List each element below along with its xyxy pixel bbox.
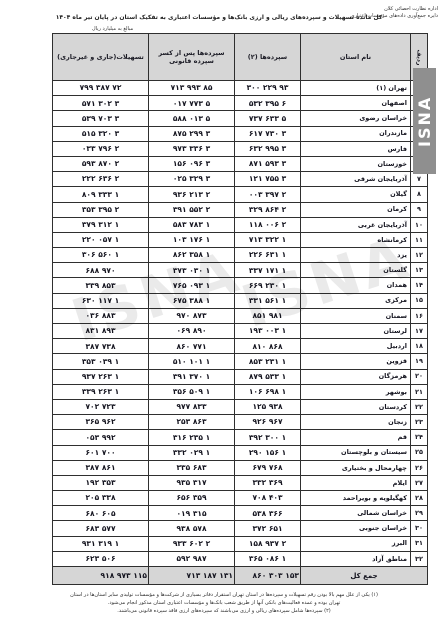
province-name-cell: اردبیل xyxy=(301,339,411,354)
table-row: ۲۱بوشهر۱ ۶۹۸ ۱۰۶۱ ۵۰۹ ۳۵۶۱ ۲۶۳ ۳۳۹ xyxy=(53,384,428,399)
deposits-after-legal-cell: ۱ ۰۳۰ ۳۷۳ xyxy=(149,263,235,278)
facilities-cell: ۲ ۶۳۶ ۲۲۲ xyxy=(53,172,149,187)
facilities-cell: ۳ ۳۰۲ ۵۷۱ xyxy=(53,96,149,111)
header-deposits: سپرده‌ها (۲) xyxy=(235,34,301,81)
deposits-after-legal-cell: ۲ ۶۰۲ ۹۳۳ xyxy=(149,536,235,551)
table-row: ۶خوزستان۳ ۵۹۳ ۸۷۱۳ ۰۹۶ ۱۵۶۲ ۸۷۰ ۵۹۳ xyxy=(53,156,428,171)
facilities-cell: ۷۲۳ ۷۰۲ xyxy=(53,399,149,414)
province-name-cell: قزوین xyxy=(301,354,411,369)
row-number-cell: ۲۴ xyxy=(411,430,428,445)
deposits-cell: ۱ ۱۷۱ ۳۳۷ xyxy=(235,263,301,278)
province-name-cell: قم xyxy=(301,430,411,445)
deposits-cell: ۱ ۰۸۶ ۳۶۵ xyxy=(235,551,301,566)
facilities-cell: ۳ ۷۰۳ ۵۳۹ xyxy=(53,111,149,126)
deposits-cell: ۹۸۱ ۸۵۱ xyxy=(235,308,301,323)
deposits-after-legal-cell: ۱ ۵۰۹ ۳۵۶ xyxy=(149,384,235,399)
header-row-number-label: ردیف xyxy=(416,50,423,66)
deposits-cell: ۷۶۸ ۶۷۹ xyxy=(235,460,301,475)
province-name-cell: زنجان xyxy=(301,415,411,430)
deposits-after-legal-cell: ۱ ۱۰۱ ۵۱۰ xyxy=(149,354,235,369)
table-row: ۷آذربایجان شرقی۳ ۷۵۵ ۱۲۱۳ ۳۲۹ ۰۲۵۲ ۶۳۶ ۲… xyxy=(53,172,428,187)
deposits-cell: ۲ ۳۹۷ ۰۰۳ xyxy=(235,187,301,202)
deposits-cell: ۲ ۹۳۷ ۱۵۸ xyxy=(235,536,301,551)
facilities-cell: ۹۹۲ ۰۵۳ xyxy=(53,430,149,445)
table-row: ۳خراسان رضوی۵ ۶۳۳ ۷۳۷۵ ۰۱۳ ۵۸۸۳ ۷۰۳ ۵۳۹ xyxy=(53,111,428,126)
province-name-cell: هرمزگان xyxy=(301,369,411,384)
table-row: ۲۰هرمزگان۱ ۵۳۳ ۸۷۹۱ ۳۷۰ ۳۹۱۱ ۲۶۳ ۹۳۷ xyxy=(53,369,428,384)
province-name-cell: خراسان شمالی xyxy=(301,506,411,521)
facilities-cell: ۸۸۳ ۰۳۶ xyxy=(53,308,149,323)
province-name-cell: مناطق آزاد xyxy=(301,551,411,566)
province-name-cell: کهگیلویه و بویراحمد xyxy=(301,491,411,506)
row-number-cell: ۲۲ xyxy=(411,399,428,414)
footnote-2: (۲) سپرده‌ها شامل سپرده‌های ریالی و ارزی… xyxy=(10,607,438,615)
table-row: ۲۷ایلام۳۶۹ ۳۳۲۳۱۷ ۹۳۵۳۵۳ ۱۹۲ xyxy=(53,475,428,490)
facilities-cell: ۳۳۸ ۲۰۵ xyxy=(53,491,149,506)
facilities-cell: ۷۰۰ ۶۰۱ xyxy=(53,445,149,460)
deposits-cell: ۳ ۷۵۵ ۱۲۱ xyxy=(235,172,301,187)
facilities-cell: ۱ ۳۱۲ ۳۷۹ xyxy=(53,217,149,232)
row-number-cell: ۲۱ xyxy=(411,384,428,399)
deposits-after-legal-cell: ۲ ۵۵۲ ۳۹۱ xyxy=(149,202,235,217)
facilities-cell: ۱ ۰۳۹ ۳۵۳ xyxy=(53,354,149,369)
table-row: ۱۸اردبیل۸۶۸ ۸۱۰۷۷۱ ۸۶۰۷۳۸ ۳۸۷ xyxy=(53,339,428,354)
deposits-cell: ۳ ۹۹۵ ۶۳۲ xyxy=(235,141,301,156)
province-name-cell: البرز xyxy=(301,536,411,551)
total-deposits-cell: ۱۵۳ ۳۰۳ ۸۶۰ xyxy=(235,567,301,585)
table-row: ۲۳زنجان۹۶۷ ۹۲۶۸۶۳ ۲۵۳۹۶۲ ۳۶۵ xyxy=(53,415,428,430)
deposits-after-legal-cell: ۶۸۳ ۳۳۵ xyxy=(149,460,235,475)
table-row: ۲اصفهان۶ ۳۹۵ ۵۳۲۵ ۷۷۳ ۰۱۷۳ ۳۰۲ ۵۷۱ xyxy=(53,96,428,111)
deposits-cell: ۵ ۶۳۳ ۷۳۷ xyxy=(235,111,301,126)
table-row: ۲۶چهارمحال و بختیاری۷۶۸ ۶۷۹۶۸۳ ۳۳۵۸۶۱ ۳۸… xyxy=(53,460,428,475)
table-row: ۴مازندران۳ ۷۳۰ ۶۱۷۳ ۲۹۹ ۸۷۵۳ ۳۲۰ ۵۱۵ xyxy=(53,126,428,141)
row-number-cell: ۱۸ xyxy=(411,339,428,354)
table-row: ۱۲یزد۱ ۶۳۱ ۲۲۶۱ ۳۵۸ ۸۶۲۱ ۵۶۰ ۳۰۶ xyxy=(53,248,428,263)
province-name-cell: مازندران xyxy=(301,126,411,141)
row-number-cell: ۱۴ xyxy=(411,278,428,293)
table-body: ۱تهران (۱)۹۳ ۲۲۹ ۳۰۰۸۵ ۹۹۳ ۷۱۳۷۲ ۳۸۷ ۷۹۹… xyxy=(53,81,428,567)
header-deposits-after-legal: سپرده‌ها پس از کسر سپرده قانونی xyxy=(149,34,235,81)
row-number-cell: ۱۰ xyxy=(411,217,428,232)
total-after-cell: ۱۳۱ ۱۸۷ ۷۱۳ xyxy=(149,567,235,585)
province-name-cell: کرمان xyxy=(301,202,411,217)
unit-label: مبالغ به میلیارد ریال xyxy=(92,26,133,32)
deposits-cell: ۶۵۱ ۳۷۲ xyxy=(235,521,301,536)
header-province: نام استان xyxy=(301,34,411,81)
facilities-cell: ۸۹۳ ۸۳۱ xyxy=(53,324,149,339)
deposits-after-legal-cell: ۱ ۰۹۳ ۷۶۵ xyxy=(149,278,235,293)
row-number-cell: ۲۳ xyxy=(411,415,428,430)
table-header: ردیف نام استان سپرده‌ها (۲) سپرده‌ها پس … xyxy=(53,34,428,81)
deposits-cell: ۶ ۳۹۵ ۵۳۲ xyxy=(235,96,301,111)
facilities-cell: ۳ ۳۲۰ ۵۱۵ xyxy=(53,126,149,141)
facilities-cell: ۳۵۳ ۱۹۲ xyxy=(53,475,149,490)
province-name-cell: گلستان xyxy=(301,263,411,278)
row-number-cell: ۲۸ xyxy=(411,491,428,506)
province-name-cell: لرستان xyxy=(301,324,411,339)
province-name-cell: مرکزی xyxy=(301,293,411,308)
facilities-cell: ۱ ۳۳۳ ۸۰۹ xyxy=(53,187,149,202)
table-row: ۲۲کردستان۹۳۸ ۱۲۵۸۳۳ ۹۷۷۷۲۳ ۷۰۲ xyxy=(53,399,428,414)
table-row: ۱تهران (۱)۹۳ ۲۲۹ ۳۰۰۸۵ ۹۹۳ ۷۱۳۷۲ ۳۸۷ ۷۹۹ xyxy=(53,81,428,96)
deposits-cell: ۱ ۵۶۱ ۳۳۱ xyxy=(235,293,301,308)
table-row: ۳۲مناطق آزاد۱ ۰۸۶ ۳۶۵۹۸۷ ۵۹۲۵۰۶ ۶۲۳ xyxy=(53,551,428,566)
deposits-after-legal-cell: ۳ ۳۲۹ ۰۲۵ xyxy=(149,172,235,187)
table-row: ۲۸کهگیلویه و بویراحمد۴۰۳ ۷۰۸۳۵۹ ۶۵۶۳۳۸ ۲… xyxy=(53,491,428,506)
province-name-cell: بوشهر xyxy=(301,384,411,399)
deposits-after-legal-cell: ۱ ۷۸۳ ۵۸۳ xyxy=(149,217,235,232)
deposits-after-legal-cell: ۸۹۰ ۰۶۹ xyxy=(149,324,235,339)
row-number-cell: ۱۵ xyxy=(411,293,428,308)
table-row: ۱۶سمنان۹۸۱ ۸۵۱۸۷۳ ۹۷۰۸۸۳ ۰۳۶ xyxy=(53,308,428,323)
total-label-cell: جمع کل xyxy=(301,567,428,585)
deposits-after-legal-cell: ۱ ۳۸۸ ۶۷۵ xyxy=(149,293,235,308)
province-name-cell: کردستان xyxy=(301,399,411,414)
deposits-after-legal-cell: ۵ ۷۷۳ ۰۱۷ xyxy=(149,96,235,111)
deposits-cell: ۴۰۳ ۷۰۸ xyxy=(235,491,301,506)
header-facilities: تسهیلات(جاری و غیرجاری) xyxy=(53,34,149,81)
row-number-cell: ۱۷ xyxy=(411,324,428,339)
row-number-cell: ۱۹ xyxy=(411,354,428,369)
row-number-cell: ۱۱ xyxy=(411,232,428,247)
province-name-cell: یزد xyxy=(301,248,411,263)
deposits-cell: ۱ ۱۵۶ ۲۹۰ xyxy=(235,445,301,460)
footnote-1-continued: تهران بوده و عمده فعالیت‌های بانکی آنها … xyxy=(10,599,438,607)
facilities-cell: ۷۲ ۳۸۷ ۷۹۹ xyxy=(53,81,149,96)
facilities-cell: ۹۶۲ ۳۶۵ xyxy=(53,415,149,430)
row-number-cell: ۲۰ xyxy=(411,369,428,384)
row-number-cell: ۳۰ xyxy=(411,521,428,536)
table-row: ۸گیلان۲ ۳۹۷ ۰۰۳۲ ۲۱۳ ۹۳۶۱ ۳۳۳ ۸۰۹ xyxy=(53,187,428,202)
province-name-cell: خراسان جنوبی xyxy=(301,521,411,536)
facilities-cell: ۸۶۱ ۳۸۷ xyxy=(53,460,149,475)
scanned-statistics-page: { "agency": { "line1": "اداره نظارت احصا… xyxy=(0,0,448,640)
total-facilities-cell: ۱۱۵ ۹۷۳ ۹۱۸ xyxy=(53,567,149,585)
facilities-cell: ۱ ۵۶۰ ۳۰۶ xyxy=(53,248,149,263)
agency-line-1: اداره نظارت احصائی کلان xyxy=(351,6,438,13)
deposits-cell: ۳۶۶ ۵۳۸ xyxy=(235,506,301,521)
deposits-after-legal-cell: ۱ ۱۷۶ ۱۰۳ xyxy=(149,232,235,247)
deposits-after-legal-cell: ۸۷۳ ۹۷۰ xyxy=(149,308,235,323)
table-row: ۱۱کرمانشاه۱ ۳۲۲ ۷۱۳۱ ۱۷۶ ۱۰۳۱ ۰۵۷ ۲۲۰ xyxy=(53,232,428,247)
deposits-cell: ۹۳۸ ۱۲۵ xyxy=(235,399,301,414)
deposits-cell: ۱ ۶۹۸ ۱۰۶ xyxy=(235,384,301,399)
deposits-cell: ۹۶۷ ۹۲۶ xyxy=(235,415,301,430)
row-number-cell: ۲۹ xyxy=(411,506,428,521)
footnote-1: (۱) یکی از علل مهم بالا بودن رقم تسهیلات… xyxy=(10,591,438,599)
provinces-table: ردیف نام استان سپرده‌ها (۲) سپرده‌ها پس … xyxy=(52,33,428,585)
deposits-after-legal-cell: ۲ ۲۱۳ ۹۳۶ xyxy=(149,187,235,202)
facilities-cell: ۲ ۷۹۶ ۰۳۳ xyxy=(53,141,149,156)
facilities-cell: ۶۰۵ ۶۸۰ xyxy=(53,506,149,521)
deposits-after-legal-cell: ۸۳۳ ۹۷۷ xyxy=(149,399,235,414)
facilities-cell: ۵۰۶ ۶۲۳ xyxy=(53,551,149,566)
facilities-cell: ۲ ۸۷۰ ۵۹۳ xyxy=(53,156,149,171)
facilities-cell: ۲ ۳۹۵ ۳۵۳ xyxy=(53,202,149,217)
province-name-cell: تهران (۱) xyxy=(301,81,411,96)
deposits-cell: ۱ ۰۰۳ ۱۹۳ xyxy=(235,324,301,339)
deposits-after-legal-cell: ۳۱۷ ۹۳۵ xyxy=(149,475,235,490)
province-name-cell: فارس xyxy=(301,141,411,156)
deposits-cell: ۱ ۵۳۳ ۸۷۹ xyxy=(235,369,301,384)
deposits-after-legal-cell: ۵ ۰۱۳ ۵۸۸ xyxy=(149,111,235,126)
province-name-cell: کرمانشاه xyxy=(301,232,411,247)
deposits-after-legal-cell: ۳ ۲۹۹ ۸۷۵ xyxy=(149,126,235,141)
table-row: ۹کرمان۲ ۸۶۴ ۳۲۹۲ ۵۵۲ ۳۹۱۲ ۳۹۵ ۳۵۳ xyxy=(53,202,428,217)
deposits-cell: ۲ ۰۰۶ ۱۱۸ xyxy=(235,217,301,232)
deposits-after-legal-cell: ۳۵۹ ۶۵۶ xyxy=(149,491,235,506)
row-number-cell: ۸ xyxy=(411,187,428,202)
facilities-cell: ۱ ۳۱۹ ۹۳۱ xyxy=(53,536,149,551)
table-row: ۲۹خراسان شمالی۳۶۶ ۵۳۸۳۱۵ ۰۱۹۶۰۵ ۶۸۰ xyxy=(53,506,428,521)
table-row: ۱۹قزوین۱ ۲۳۱ ۸۵۳۱ ۱۰۱ ۵۱۰۱ ۰۳۹ ۳۵۳ xyxy=(53,354,428,369)
row-number-cell: ۳۲ xyxy=(411,551,428,566)
deposits-cell: ۱ ۳۰۰ ۳۹۲ xyxy=(235,430,301,445)
row-number-cell: ۱۶ xyxy=(411,308,428,323)
deposits-cell: ۳ ۷۳۰ ۶۱۷ xyxy=(235,126,301,141)
province-name-cell: خراسان رضوی xyxy=(301,111,411,126)
total-row: جمع کل ۱۵۳ ۳۰۳ ۸۶۰ ۱۳۱ ۱۸۷ ۷۱۳ ۱۱۵ ۹۷۳ ۹… xyxy=(53,567,428,585)
province-name-cell: سمنان xyxy=(301,308,411,323)
row-number-cell: ۱۳ xyxy=(411,263,428,278)
province-name-cell: سیستان و بلوچستان xyxy=(301,445,411,460)
row-number-cell: ۲۷ xyxy=(411,475,428,490)
deposits-cell: ۱ ۶۳۱ ۲۲۶ xyxy=(235,248,301,263)
deposits-cell: ۱ ۲۳۰ ۶۶۹ xyxy=(235,278,301,293)
table-row: ۱۷لرستان۱ ۰۰۳ ۱۹۳۸۹۰ ۰۶۹۸۹۳ ۸۳۱ xyxy=(53,324,428,339)
table-row: ۳۰خراسان جنوبی۶۵۱ ۳۷۲۵۷۸ ۹۳۸۵۷۷ ۶۸۳ xyxy=(53,521,428,536)
province-name-cell: همدان xyxy=(301,278,411,293)
deposits-cell: ۹۳ ۲۲۹ ۳۰۰ xyxy=(235,81,301,96)
deposits-cell: ۸۶۸ ۸۱۰ xyxy=(235,339,301,354)
deposits-cell: ۳ ۵۹۳ ۸۷۱ xyxy=(235,156,301,171)
row-number-cell: ۳۱ xyxy=(411,536,428,551)
deposits-after-legal-cell: ۵۷۸ ۹۳۸ xyxy=(149,521,235,536)
province-name-cell: اصفهان xyxy=(301,96,411,111)
footnotes: (۱) یکی از علل مهم بالا بودن رقم تسهیلات… xyxy=(10,591,438,615)
row-number-cell: ۹ xyxy=(411,202,428,217)
facilities-cell: ۸۵۳ ۳۳۹ xyxy=(53,278,149,293)
deposits-cell: ۱ ۲۳۱ ۸۵۳ xyxy=(235,354,301,369)
province-name-cell: چهارمحال و بختیاری xyxy=(301,460,411,475)
deposits-cell: ۲ ۸۶۴ ۳۲۹ xyxy=(235,202,301,217)
facilities-cell: ۱ ۱۱۷ ۶۳۰ xyxy=(53,293,149,308)
table-row: ۵فارس۳ ۹۹۵ ۶۳۲۳ ۳۳۶ ۹۷۳۲ ۷۹۶ ۰۳۳ xyxy=(53,141,428,156)
deposits-cell: ۱ ۳۲۲ ۷۱۳ xyxy=(235,232,301,247)
deposits-after-legal-cell: ۱ ۳۷۰ ۳۹۱ xyxy=(149,369,235,384)
province-name-cell: ایلام xyxy=(301,475,411,490)
deposits-after-legal-cell: ۳ ۳۳۶ ۹۷۳ xyxy=(149,141,235,156)
deposits-after-legal-cell: ۱ ۲۳۵ ۳۱۶ xyxy=(149,430,235,445)
deposits-after-legal-cell: ۱ ۳۵۸ ۸۶۲ xyxy=(149,248,235,263)
province-name-cell: آذربایجان غربی xyxy=(301,217,411,232)
facilities-cell: ۹۷۰ ۶۸۸ xyxy=(53,263,149,278)
deposits-after-legal-cell: ۸۵ ۹۹۳ ۷۱۳ xyxy=(149,81,235,96)
facilities-cell: ۱ ۲۶۳ ۹۳۷ xyxy=(53,369,149,384)
table-row: ۱۰آذربایجان غربی۲ ۰۰۶ ۱۱۸۱ ۷۸۳ ۵۸۳۱ ۳۱۲ … xyxy=(53,217,428,232)
deposits-after-legal-cell: ۱ ۰۲۹ ۳۳۲ xyxy=(149,445,235,460)
facilities-cell: ۷۳۸ ۳۸۷ xyxy=(53,339,149,354)
deposits-after-legal-cell: ۳ ۰۹۶ ۱۵۶ xyxy=(149,156,235,171)
province-name-cell: آذربایجان شرقی xyxy=(301,172,411,187)
page-title: کل مانده تسهیلات و سپرده‌های ریالی و ارز… xyxy=(40,14,398,21)
table-row: ۱۳گلستان۱ ۱۷۱ ۳۳۷۱ ۰۳۰ ۳۷۳۹۷۰ ۶۸۸ xyxy=(53,263,428,278)
isna-agency-banner: ISNA xyxy=(413,68,436,174)
deposits-after-legal-cell: ۸۶۳ ۲۵۳ xyxy=(149,415,235,430)
facilities-cell: ۵۷۷ ۶۸۳ xyxy=(53,521,149,536)
deposits-cell: ۳۶۹ ۳۳۲ xyxy=(235,475,301,490)
province-name-cell: خوزستان xyxy=(301,156,411,171)
deposits-after-legal-cell: ۷۷۱ ۸۶۰ xyxy=(149,339,235,354)
table-row: ۱۵مرکزی۱ ۵۶۱ ۳۳۱۱ ۳۸۸ ۶۷۵۱ ۱۱۷ ۶۳۰ xyxy=(53,293,428,308)
table-row: ۱۴همدان۱ ۲۳۰ ۶۶۹۱ ۰۹۳ ۷۶۵۸۵۳ ۳۳۹ xyxy=(53,278,428,293)
province-name-cell: گیلان xyxy=(301,187,411,202)
deposits-after-legal-cell: ۳۱۵ ۰۱۹ xyxy=(149,506,235,521)
deposits-after-legal-cell: ۹۸۷ ۵۹۲ xyxy=(149,551,235,566)
row-number-cell: ۱۲ xyxy=(411,248,428,263)
row-number-cell: ۲۵ xyxy=(411,445,428,460)
table-row: ۳۱البرز۲ ۹۳۷ ۱۵۸۲ ۶۰۲ ۹۳۳۱ ۳۱۹ ۹۳۱ xyxy=(53,536,428,551)
row-number-cell: ۲۶ xyxy=(411,460,428,475)
facilities-cell: ۱ ۰۵۷ ۲۲۰ xyxy=(53,232,149,247)
table-row: ۲۴قم۱ ۳۰۰ ۳۹۲۱ ۲۳۵ ۳۱۶۹۹۲ ۰۵۳ xyxy=(53,430,428,445)
facilities-cell: ۱ ۲۶۳ ۳۳۹ xyxy=(53,384,149,399)
table-row: ۲۵سیستان و بلوچستان۱ ۱۵۶ ۲۹۰۱ ۰۲۹ ۳۳۲۷۰۰… xyxy=(53,445,428,460)
